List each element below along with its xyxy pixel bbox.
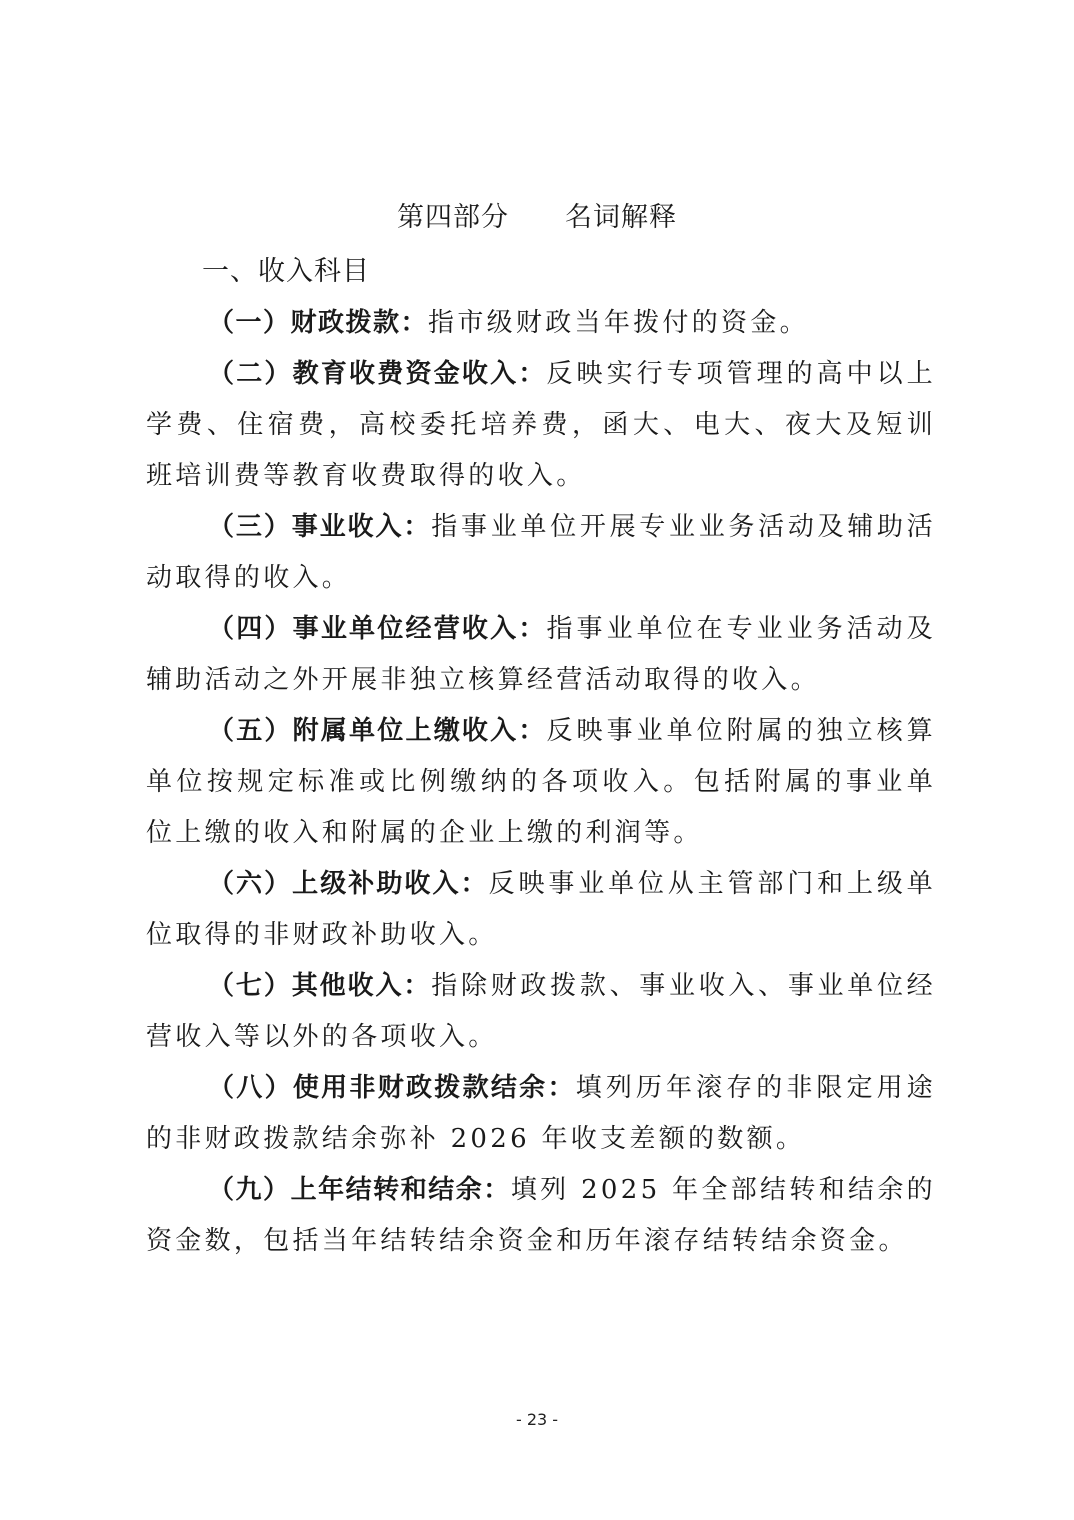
definition-term: （三）事业收入： (208, 512, 431, 542)
definition-term: （五）附属单位上缴收入： (208, 716, 547, 746)
definition-term: （八）使用非财政拨款结余： (208, 1073, 576, 1103)
definition-term: （一）财政拨款： (208, 308, 428, 338)
definition-text: 指市级财政当年拨付的资金。 (428, 308, 809, 338)
definition-term: （二）教育收费资金收入： (208, 359, 547, 389)
definition-item: （九）上年结转和结余：填列 2025 年全部结转和结余的资金数，包括当年结转结余… (146, 1165, 936, 1267)
definition-item: （四）事业单位经营收入：指事业单位在专业业务活动及辅助活动之外开展非独立核算经营… (146, 604, 936, 706)
page-title: 第四部分 名词解释 (0, 198, 1074, 238)
definition-item: （二）教育收费资金收入：反映实行专项管理的高中以上学费、住宿费，高校委托培养费，… (146, 349, 936, 502)
definition-term: （九）上年结转和结余： (208, 1175, 511, 1205)
definition-term: （四）事业单位经营收入： (208, 614, 547, 644)
definition-item: （一）财政拨款：指市级财政当年拨付的资金。 (146, 298, 936, 349)
definition-term: （六）上级补助收入： (208, 869, 489, 899)
definition-item: （八）使用非财政拨款结余：填列历年滚存的非限定用途的非财政拨款结余弥补 2026… (146, 1063, 936, 1165)
definition-term: （七）其他收入： (208, 971, 431, 1001)
definition-item: （六）上级补助收入：反映事业单位从主管部门和上级单位取得的非财政补助收入。 (146, 859, 936, 961)
section-heading: 一、收入科目 (202, 252, 370, 292)
definition-item: （三）事业收入：指事业单位开展专业业务活动及辅助活动取得的收入。 (146, 502, 936, 604)
document-page: 第四部分 名词解释 一、收入科目 （一）财政拨款：指市级财政当年拨付的资金。 （… (0, 0, 1074, 1520)
page-number: - 23 - (0, 1408, 1074, 1432)
definition-item: （五）附属单位上缴收入：反映事业单位附属的独立核算单位按规定标准或比例缴纳的各项… (146, 706, 936, 859)
definition-item: （七）其他收入：指除财政拨款、事业收入、事业单位经营收入等以外的各项收入。 (146, 961, 936, 1063)
definitions-list: （一）财政拨款：指市级财政当年拨付的资金。 （二）教育收费资金收入：反映实行专项… (146, 298, 936, 1267)
